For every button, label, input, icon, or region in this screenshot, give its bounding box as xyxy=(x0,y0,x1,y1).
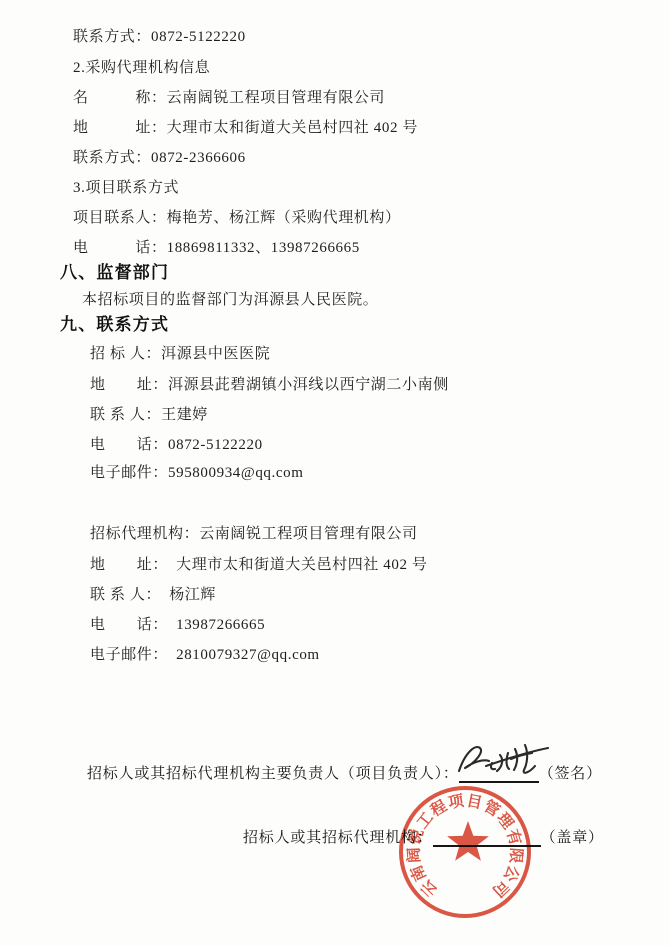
doc-line-project-contacts: 项目联系人：梅艳芳、杨江辉（采购代理机构） xyxy=(73,209,401,228)
doc-line-agency-address: 地 址：大理市太和街道大关邑村四社 402 号 xyxy=(73,119,418,138)
tender-document-page: 联系方式：0872-5122220 2.采购代理机构信息 名 称：云南阔锐工程项… xyxy=(0,0,669,946)
doc-line-tender-agency-address: 地 址： 大理市太和街道大关邑村四社 402 号 xyxy=(90,556,428,575)
doc-line-bidder-phone: 电 话：0872-5122220 xyxy=(90,436,263,455)
org-signoff-suffix: （盖章） xyxy=(541,826,604,847)
company-seal: 云南阔锐工程项目管理有限公司 xyxy=(396,783,534,921)
doc-line-tender-agency-phone: 电 话： 13987266665 xyxy=(90,616,265,635)
doc-line-bidder-contact: 联 系 人：王建婷 xyxy=(90,406,208,425)
principal-signoff-label: 招标人或其招标代理机构主要负责人（项目负责人）： xyxy=(87,762,459,783)
doc-line-bidder-name: 招 标 人：洱源县中医医院 xyxy=(90,345,270,364)
doc-line-agency-info-title: 2.采购代理机构信息 xyxy=(73,59,210,78)
doc-line-tender-agency-contact: 联 系 人： 杨江辉 xyxy=(90,586,216,605)
doc-line-bidder-email: 电子邮件：595800934@qq.com xyxy=(90,464,304,483)
doc-line-contact-phone-1: 联系方式：0872-5122220 xyxy=(73,28,246,47)
doc-line-agency-name: 名 称：云南阔锐工程项目管理有限公司 xyxy=(73,89,385,108)
doc-line-tender-agency-name: 招标代理机构：云南阔锐工程项目管理有限公司 xyxy=(90,525,418,544)
section-heading-contact: 九、联系方式 xyxy=(60,315,169,334)
signature-handwriting xyxy=(452,738,554,786)
star-icon xyxy=(447,821,489,861)
doc-line-bidder-address: 地 址：洱源县茈碧湖镇小洱线以西宁湖二小南侧 xyxy=(90,376,449,395)
doc-line-project-contact-title: 3.项目联系方式 xyxy=(73,179,179,198)
doc-line-agency-phone: 联系方式：0872-2366606 xyxy=(73,149,246,168)
doc-line-project-phones: 电 话：18869811332、13987266665 xyxy=(73,239,360,258)
doc-line-tender-agency-email: 电子邮件： 2810079327@qq.com xyxy=(90,646,320,665)
section-heading-supervision: 八、监督部门 xyxy=(60,263,169,282)
doc-line-supervision-body: 本招标项目的监督部门为洱源县人民医院。 xyxy=(82,291,378,310)
